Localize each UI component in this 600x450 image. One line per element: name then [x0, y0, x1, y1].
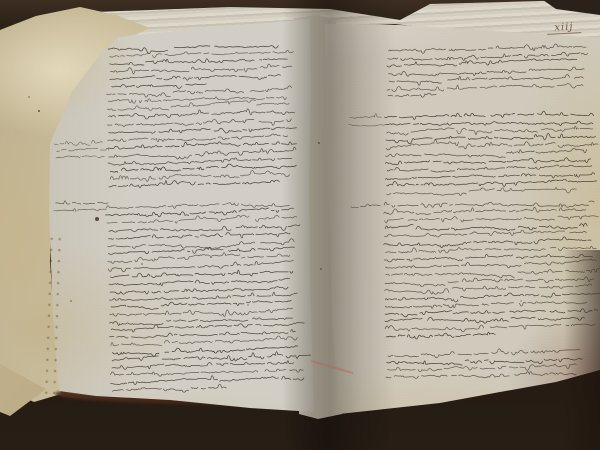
folio-number: xiij	[547, 21, 582, 35]
ink-specks	[0, 0, 2, 2]
manuscript-photo-scene: xiij	[0, 0, 600, 450]
gutter-shadow	[0, 0, 600, 450]
